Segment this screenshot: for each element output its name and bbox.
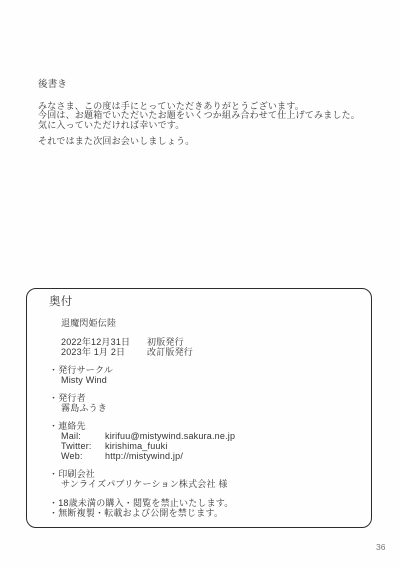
contact-row-web: Web: http://mistywind.jp/ <box>61 451 363 461</box>
contact-key: Web: <box>61 451 105 461</box>
contact-key: Mail: <box>61 431 105 441</box>
author-value: 霧島ふうき <box>61 403 363 413</box>
notices: ・18歳未満の購入・閲覧を禁止いたします。 ・無断複製・転載および公開を禁じます… <box>49 498 363 518</box>
contact-rows: Mail: kirifuu@mistywind.sakura.ne.jp Twi… <box>61 431 363 461</box>
printer-label: ・印刷会社 <box>49 469 363 479</box>
author-label: ・発行者 <box>49 393 363 403</box>
edition-date: 2022年12月31日 <box>61 337 147 347</box>
printer-section: ・印刷会社 サンライズパブリケーション株式会社 様 <box>49 469 363 489</box>
page-number: 36 <box>376 542 385 552</box>
afterword-closing-line: それではまた次回お会いしましょう。 <box>38 137 360 147</box>
publisher-circle-value: Misty Wind <box>61 375 363 385</box>
afterword-heading: 後書き <box>38 80 360 90</box>
edition-row: 2022年12月31日 初版発行 <box>61 337 363 347</box>
notice-no-reproduction: ・無断複製・転載および公開を禁じます。 <box>49 508 363 518</box>
contact-section: ・連絡先 Mail: kirifuu@mistywind.sakura.ne.j… <box>49 421 363 461</box>
contact-key: Twitter: <box>61 441 105 451</box>
publisher-circle-section: ・発行サークル Misty Wind <box>49 365 363 385</box>
edition-label: 初版発行 <box>147 337 184 347</box>
notice-age-restriction: ・18歳未満の購入・閲覧を禁止いたします。 <box>49 498 363 508</box>
scanned-document-page: 後書き みなさま、この度は手にとっていただきありがとうございます。 今回は、お題… <box>0 0 400 568</box>
colophon-heading: 奥付 <box>49 296 363 309</box>
edition-row: 2023年 1月 2日 改訂版発行 <box>61 347 363 357</box>
contact-twitter-handle: kirishima_fuuki <box>105 441 168 451</box>
colophon-box: 奥付 退魔閃姫伝陸 2022年12月31日 初版発行 2023年 1月 2日 改… <box>26 288 372 528</box>
edition-label: 改訂版発行 <box>147 347 193 357</box>
author-section: ・発行者 霧島ふうき <box>49 393 363 413</box>
contact-email: kirifuu@mistywind.sakura.ne.jp <box>105 431 235 441</box>
contact-website-url: http://mistywind.jp/ <box>105 451 183 461</box>
contact-row-twitter: Twitter: kirishima_fuuki <box>61 441 363 451</box>
edition-date: 2023年 1月 2日 <box>61 347 147 357</box>
edition-list: 2022年12月31日 初版発行 2023年 1月 2日 改訂版発行 <box>61 337 363 357</box>
contact-row-mail: Mail: kirifuu@mistywind.sakura.ne.jp <box>61 431 363 441</box>
printer-value: サンライズパブリケーション株式会社 様 <box>61 479 363 489</box>
book-title: 退魔閃姫伝陸 <box>61 318 363 328</box>
publisher-circle-label: ・発行サークル <box>49 365 363 375</box>
afterword-section: 後書き みなさま、この度は手にとっていただきありがとうございます。 今回は、お題… <box>38 80 360 147</box>
afterword-body-line: 気に入っていただければ幸いです。 <box>38 121 360 131</box>
contact-label: ・連絡先 <box>49 421 363 431</box>
